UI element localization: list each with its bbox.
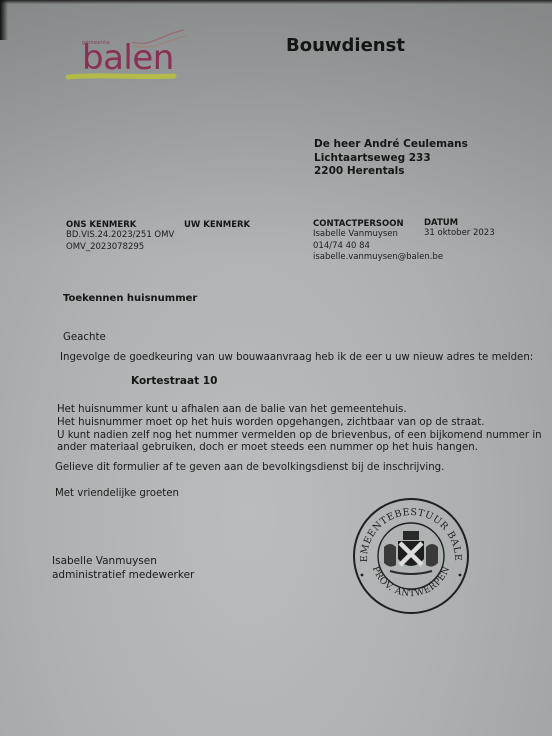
svg-text:PROV. ANTWERPEN: PROV. ANTWERPEN — [370, 565, 452, 599]
department-title: Bouwdienst — [286, 35, 405, 56]
signature-title: administratief medewerker — [52, 568, 194, 582]
ons-kenmerk-value: OMV_2023078295 — [66, 242, 174, 254]
signature-name: Isabelle Vanmuysen — [52, 554, 194, 568]
ons-kenmerk-label: ONS KENMERK — [66, 220, 174, 230]
letter-subject: Toekennen huisnummer — [63, 293, 197, 304]
recipient-name: De heer André Ceulemans — [314, 138, 468, 152]
info-paragraph: Het huisnummer kunt u afhalen aan de bal… — [57, 404, 542, 455]
datum-block: DATUM 31 oktober 2023 — [424, 218, 495, 240]
photo-corner-shadow — [0, 0, 8, 40]
new-address: Kortestraat 10 — [131, 375, 217, 387]
paragraph-line: Het huisnummer kunt u afhalen aan de bal… — [57, 404, 542, 417]
paragraph-line: U kunt nadien zelf nog het nummer vermel… — [57, 430, 542, 443]
paragraph-line: Het huisnummer moet op het huis worden o… — [57, 417, 542, 430]
coat-of-arms-icon — [384, 531, 438, 574]
paragraph-line: ander materiaal gebruiken, doch er moet … — [57, 442, 542, 455]
photo-edge-shadow — [0, 0, 552, 4]
recipient-address: De heer André Ceulemans Lichtaartseweg 2… — [314, 138, 468, 179]
municipal-stamp: GEMEENTEBESTUUR BALEN PROV. ANTWERPEN — [350, 495, 472, 617]
instruction-paragraph: Gelieve dit formulier af te geven aan de… — [55, 462, 444, 475]
contact-phone: 014/74 40 84 — [313, 241, 443, 253]
stamp-bottom-text: PROV. ANTWERPEN — [370, 565, 452, 599]
contact-email: isabelle.vanmuysen@balen.be — [313, 252, 443, 264]
signature-block: Isabelle Vanmuysen administratief medewe… — [52, 554, 194, 582]
stamp-seal-icon: GEMEENTEBESTUUR BALEN PROV. ANTWERPEN — [350, 495, 472, 617]
ons-kenmerk-block: ONS KENMERK BD.VIS.24.2023/251 OMV OMV_2… — [66, 220, 174, 253]
recipient-city: 2200 Herentals — [314, 165, 468, 179]
logo-text: balen — [82, 38, 174, 78]
recipient-street: Lichtaartseweg 233 — [314, 152, 468, 166]
intro-paragraph: Ingevolge de goedkeuring van uw bouwaanv… — [60, 352, 533, 365]
salutation: Geachte — [63, 332, 106, 345]
balen-logo: gemeente balen — [62, 24, 192, 86]
uw-kenmerk-label: UW KENMERK — [184, 220, 250, 230]
datum-label: DATUM — [424, 218, 495, 228]
closing: Met vriendelijke groeten — [55, 488, 179, 501]
letter-page: gemeente balen Bouwdienst De heer André … — [0, 0, 552, 736]
datum-value: 31 oktober 2023 — [424, 228, 495, 240]
uw-kenmerk-block: UW KENMERK — [184, 220, 250, 230]
ons-kenmerk-value: BD.VIS.24.2023/251 OMV — [66, 230, 174, 242]
